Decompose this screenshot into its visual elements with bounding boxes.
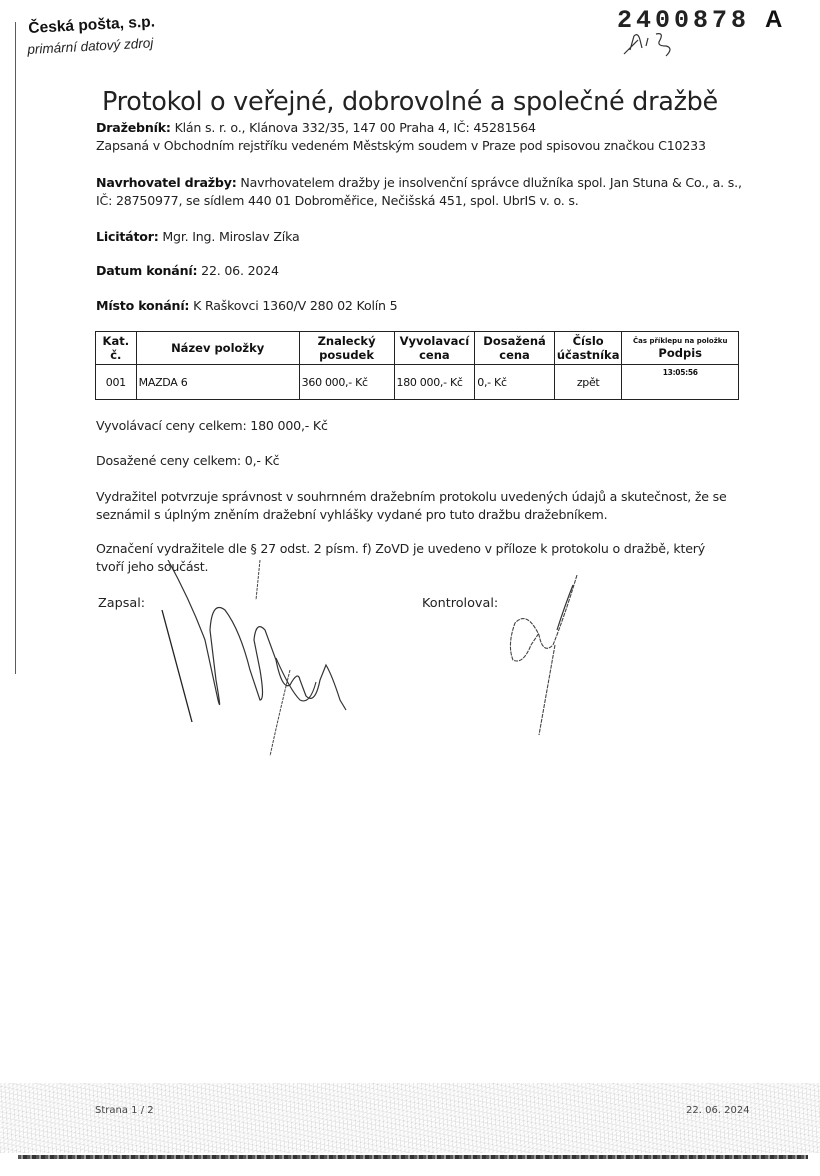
licitator-label: Licitátor: bbox=[96, 229, 159, 244]
cell-participant-no: zpět bbox=[554, 365, 622, 400]
cell-appraisal: 360 000,- Kč bbox=[299, 365, 394, 400]
handwritten-initials-icon bbox=[620, 28, 700, 58]
header-name: Název položky bbox=[136, 332, 299, 365]
table-row: 001 MAZDA 6 360 000,- Kč 180 000,- Kč 0,… bbox=[96, 365, 739, 400]
footer-rule bbox=[18, 1155, 808, 1159]
cell-starting-price: 180 000,- Kč bbox=[394, 365, 475, 400]
header-cat-no: Kat. č. bbox=[96, 332, 137, 365]
starting-total: Vyvolávací ceny celkem: 180 000,- Kč bbox=[96, 417, 756, 435]
cell-signature: 13:05:56 bbox=[622, 365, 739, 400]
footer-scan-noise bbox=[0, 1083, 820, 1153]
header-signature: Čas příklepu na položku Podpis bbox=[622, 332, 739, 365]
licitator-block: Licitátor: Mgr. Ing. Miroslav Zíka bbox=[96, 228, 756, 246]
table-header-row: Kat. č. Název položky Znalecký posudek V… bbox=[96, 332, 739, 365]
place-block: Místo konání: K Raškovci 1360/V 280 02 K… bbox=[96, 297, 756, 315]
achieved-total: Dosažené ceny celkem: 0,- Kč bbox=[96, 452, 756, 470]
licitator-value: Mgr. Ing. Miroslav Zíka bbox=[162, 229, 299, 244]
checked-by-label: Kontroloval: bbox=[422, 596, 498, 611]
page-number: Strana 1 / 2 bbox=[95, 1105, 154, 1116]
auctioneer-block: Dražebník: Klán s. r. o., Klánova 332/35… bbox=[96, 119, 756, 155]
header-time-note: Čas příklepu na položku bbox=[624, 336, 736, 346]
stamp-subtitle: primární datový zdroj bbox=[27, 35, 154, 57]
page-title: Protokol o veřejné, dobrovolné a společn… bbox=[0, 87, 820, 117]
scan-margin-line bbox=[15, 22, 16, 674]
header-participant-no: Číslo účastníka bbox=[554, 332, 622, 365]
auctioneer-value: Klán s. r. o., Klánova 332/35, 147 00 Pr… bbox=[175, 120, 536, 135]
confirmation-statement: Vydražitel potvrzuje správnost v souhrnn… bbox=[96, 488, 736, 524]
recorder-signature-icon bbox=[150, 560, 410, 770]
cell-name: MAZDA 6 bbox=[136, 365, 299, 400]
auctioneer-registration: Zapsaná v Obchodním rejstříku vedeném Mě… bbox=[96, 138, 706, 153]
stamp-organization: Česká pošta, s.p. bbox=[28, 13, 155, 38]
place-value: K Raškovci 1360/V 280 02 Kolín 5 bbox=[193, 298, 397, 313]
date-label: Datum konání: bbox=[96, 263, 197, 278]
cell-cat-no: 001 bbox=[96, 365, 137, 400]
proposer-block: Navrhovatel dražby: Navrhovatelem dražby… bbox=[96, 174, 756, 210]
cell-time: 13:05:56 bbox=[624, 368, 736, 377]
cell-achieved-price: 0,- Kč bbox=[475, 365, 555, 400]
auctioneer-label: Dražebník: bbox=[96, 120, 171, 135]
header-signature-label: Podpis bbox=[658, 346, 702, 360]
header-appraisal: Znalecký posudek bbox=[299, 332, 394, 365]
place-label: Místo konání: bbox=[96, 298, 189, 313]
date-block: Datum konání: 22. 06. 2024 bbox=[96, 262, 756, 280]
auction-items-table: Kat. č. Název položky Znalecký posudek V… bbox=[95, 331, 739, 400]
header-achieved-price: Dosažená cena bbox=[475, 332, 555, 365]
document-mark: A bbox=[765, 6, 782, 34]
recorded-by-label: Zapsal: bbox=[98, 596, 145, 611]
footer-date: 22. 06. 2024 bbox=[686, 1105, 750, 1116]
controller-signature-icon bbox=[495, 575, 605, 755]
header-starting-price: Vyvolavací cena bbox=[394, 332, 475, 365]
date-value: 22. 06. 2024 bbox=[201, 263, 279, 278]
proposer-label: Navrhovatel dražby: bbox=[96, 175, 237, 190]
